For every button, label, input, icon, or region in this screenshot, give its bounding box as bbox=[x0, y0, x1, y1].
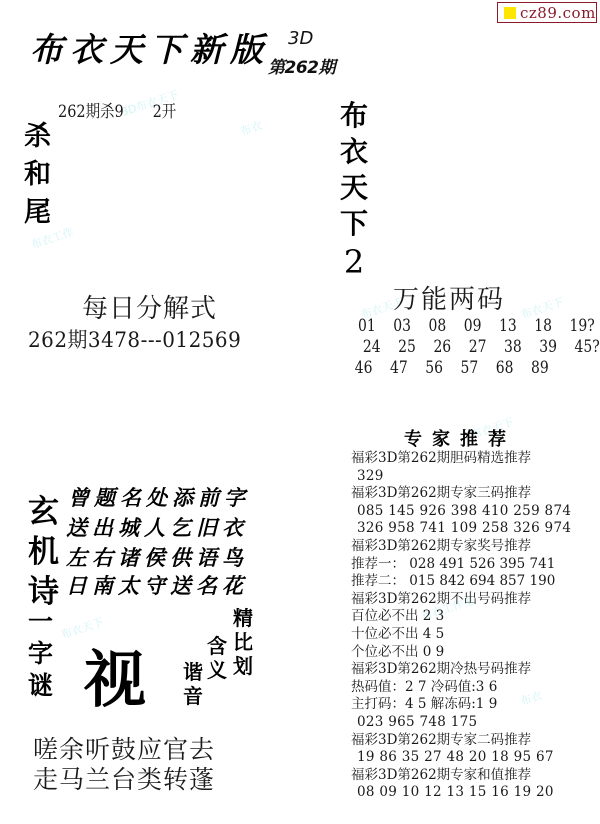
label-char: 下 bbox=[340, 206, 368, 242]
code: 27 bbox=[469, 337, 504, 358]
recommend-line: 个位必不出 0 9 bbox=[351, 644, 596, 662]
kill-sum-tail-label: 杀 和 尾 bbox=[24, 118, 51, 232]
page-title: 布衣天下新版 bbox=[30, 24, 270, 71]
daily-decomposition-line: 262期3478---012569 bbox=[28, 324, 241, 354]
closing-verse: 嗟余听鼓应官去 走马兰台类转蓬 bbox=[33, 735, 215, 795]
recommend-line: 福彩3D第262期专家奖号推荐 bbox=[351, 538, 596, 556]
expert-recommend-list: 福彩3D第262期胆码精选推荐 329 福彩3D第262期专家三码推荐 085 … bbox=[351, 450, 596, 802]
code: 68 bbox=[496, 358, 531, 379]
open-value: 2开 bbox=[153, 102, 177, 122]
brand-square-icon bbox=[504, 7, 516, 19]
code: 03 bbox=[393, 316, 428, 337]
hint-char: 比 bbox=[233, 630, 253, 654]
code-row: 464756576889 bbox=[355, 358, 600, 379]
recommend-line: 百位必不出 2 3 bbox=[351, 608, 596, 626]
hint-char: 义 bbox=[207, 658, 227, 682]
code: 38 bbox=[504, 337, 539, 358]
recommend-line: 08 09 10 12 13 15 16 19 20 bbox=[351, 784, 596, 802]
mystic-poem-label: 玄 机 诗 bbox=[28, 492, 59, 612]
side-tag: 布 衣 天 下 2 bbox=[340, 98, 368, 280]
riddle-character: 视 bbox=[84, 630, 146, 719]
hint-char: 精 bbox=[233, 606, 253, 630]
label-char: 玄 bbox=[28, 492, 59, 532]
recommend-line: 19 86 35 27 48 20 18 95 67 bbox=[351, 749, 596, 767]
issue-number: 第262期 bbox=[268, 53, 335, 78]
poem-line: 送出城人乞旧衣 bbox=[66, 512, 248, 542]
recommend-line: 085 145 926 398 410 259 874 bbox=[351, 503, 596, 521]
label-char: 杀 bbox=[24, 118, 51, 156]
code-row: 24252627383945? bbox=[358, 337, 600, 358]
recommend-line: 推荐一： 028 491 526 395 741 bbox=[351, 556, 596, 574]
poem-line: 左右诸侯供语鸟 bbox=[66, 542, 248, 572]
recommend-line: 福彩3D第262期专家和值推荐 bbox=[351, 767, 596, 785]
verse-line: 嗟余听鼓应官去 bbox=[33, 735, 215, 765]
hint-meaning: 含 义 bbox=[207, 634, 227, 682]
label-char: 天 bbox=[340, 170, 368, 206]
daily-decomposition-title: 每日分解式 bbox=[82, 288, 217, 325]
recommend-line: 福彩3D第262期胆码精选推荐 bbox=[351, 450, 596, 468]
code: 56 bbox=[425, 358, 460, 379]
code: 39 bbox=[539, 337, 574, 358]
code: 57 bbox=[461, 358, 496, 379]
label-char: 一 bbox=[28, 606, 53, 638]
recommend-line: 热码值：2 7 冷码值:3 6 bbox=[351, 679, 596, 697]
code: 47 bbox=[390, 358, 425, 379]
label-char: 机 bbox=[28, 532, 59, 572]
verse-line: 走马兰台类转蓬 bbox=[33, 765, 215, 795]
code: 25 bbox=[398, 337, 433, 358]
recommend-line: 主打码：4 5 解冻码:1 9 bbox=[351, 696, 596, 714]
hint-char: 音 bbox=[183, 684, 203, 708]
code: 09 bbox=[464, 316, 499, 337]
watermark: 布衣 bbox=[238, 117, 264, 139]
universal-two-codes-title: 万能两码 bbox=[393, 279, 505, 316]
code: 46 bbox=[355, 358, 390, 379]
one-char-riddle-label: 一 字 谜 bbox=[28, 606, 53, 702]
recommend-line: 福彩3D第262期冷热号码推荐 bbox=[351, 661, 596, 679]
code: 19? bbox=[570, 316, 600, 337]
brand-badge[interactable]: cz89.com bbox=[497, 2, 597, 23]
recommend-line: 推荐二： 015 842 694 857 190 bbox=[351, 573, 596, 591]
expert-recommend-title: 专家推荐 bbox=[404, 425, 516, 451]
hint-homophone: 谐 音 bbox=[183, 660, 203, 708]
poem-line: 日南太守送名花 bbox=[66, 570, 248, 600]
hint-char: 谐 bbox=[183, 660, 203, 684]
game-label: 3D bbox=[288, 28, 313, 49]
code: 89 bbox=[531, 358, 566, 379]
recommend-line: 福彩3D第262期不出号码推荐 bbox=[351, 591, 596, 609]
universal-two-codes-grid: 01030809131819? 24252627383945? 46475657… bbox=[358, 316, 600, 379]
code: 24 bbox=[363, 337, 398, 358]
code-row: 01030809131819? bbox=[358, 316, 600, 337]
recommend-line: 023 965 748 175 bbox=[351, 714, 596, 732]
label-char: 布 bbox=[340, 98, 368, 134]
brand-badge-text: cz89.com bbox=[520, 4, 596, 22]
hint-strokes: 精 比 划 bbox=[233, 606, 253, 678]
hint-char: 含 bbox=[207, 634, 227, 658]
poem-line: 曾题名处添前字 bbox=[68, 482, 250, 512]
label-char: 尾 bbox=[24, 194, 51, 232]
kill-tail-value: 262期杀9 bbox=[58, 102, 124, 122]
code: 26 bbox=[433, 337, 468, 358]
label-char: 衣 bbox=[340, 134, 368, 170]
code: 45? bbox=[574, 337, 600, 358]
code: 18 bbox=[534, 316, 569, 337]
side-tag-number: 2 bbox=[344, 244, 364, 280]
code: 01 bbox=[358, 316, 393, 337]
label-char: 和 bbox=[24, 156, 51, 194]
recommend-line: 福彩3D第262期专家三码推荐 bbox=[351, 485, 596, 503]
kill-sum-tail-line: 262期杀92开 bbox=[58, 97, 205, 122]
recommend-line: 329 bbox=[351, 468, 596, 486]
label-char: 字 bbox=[28, 638, 53, 670]
hint-char: 划 bbox=[233, 654, 253, 678]
recommend-line: 福彩3D第262期专家二码推荐 bbox=[351, 732, 596, 750]
code: 08 bbox=[429, 316, 464, 337]
recommend-line: 326 958 741 109 258 326 974 bbox=[351, 520, 596, 538]
label-char: 谜 bbox=[28, 670, 53, 702]
code: 13 bbox=[499, 316, 534, 337]
recommend-line: 十位必不出 4 5 bbox=[351, 626, 596, 644]
